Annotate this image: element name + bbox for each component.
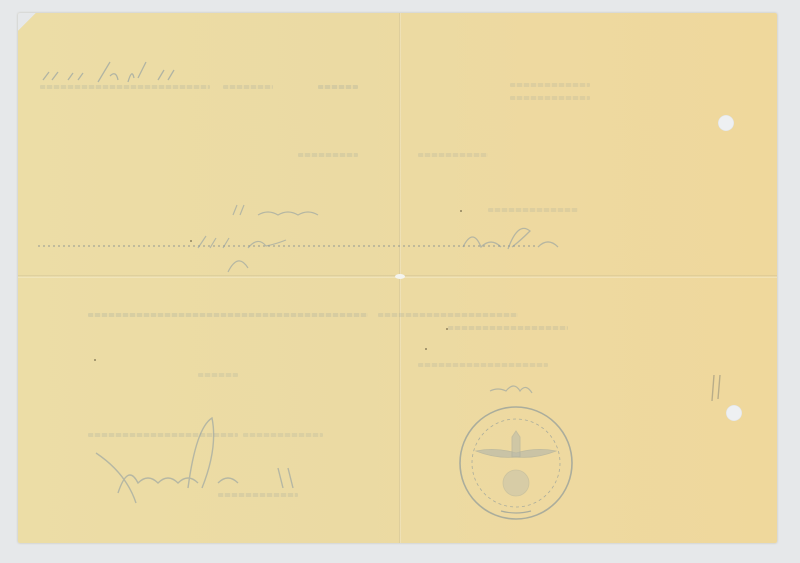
speck [460,210,462,212]
handwritten-initials [488,379,548,397]
speck [94,359,96,361]
signature [88,413,348,513]
official-stamp [456,403,576,523]
speck [190,240,192,242]
typed-line [448,326,568,330]
typed-line [510,96,590,100]
handwritten-name [458,219,578,255]
typed-line [223,85,273,89]
handwritten-entry [48,228,298,278]
speck [425,348,427,350]
punch-hole-top [718,115,734,131]
fold-tear [395,274,405,279]
typed-line [318,85,358,89]
typed-line [418,363,548,367]
typed-line [198,373,238,377]
typed-line [510,83,590,87]
handwritten-entry [228,201,368,221]
speck [446,328,448,330]
typed-line [88,313,368,317]
typed-line [488,208,578,212]
typed-line [378,313,518,317]
typed-line [418,153,488,157]
document-sheet [18,13,777,543]
pencil-mark [708,373,728,403]
handwritten-date [38,58,218,88]
typed-line [298,153,358,157]
punch-hole-bottom [726,405,742,421]
